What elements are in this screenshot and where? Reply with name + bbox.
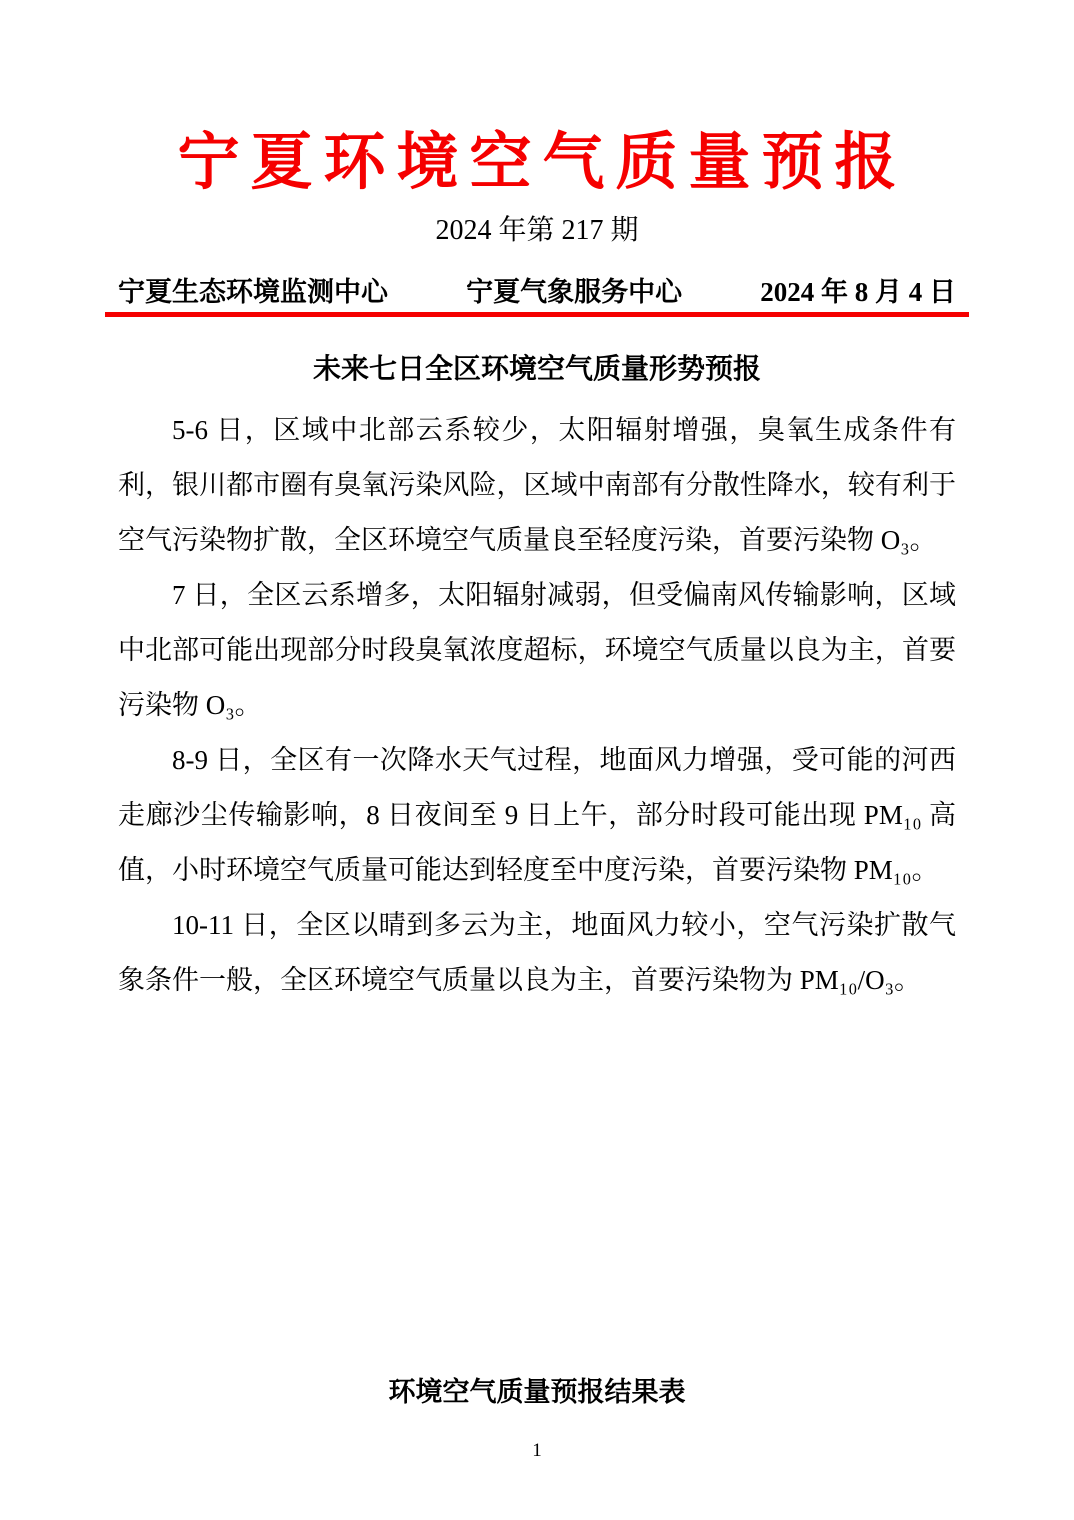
document-page: 宁夏环境空气质量预报 2024 年第 217 期 宁夏生态环境监测中心 宁夏气象…: [0, 0, 1074, 1520]
red-divider-rule: [105, 312, 969, 317]
masthead-row: 宁夏生态环境监测中心 宁夏气象服务中心 2024 年 8 月 4 日: [118, 276, 956, 308]
issue-number: 2024 年第 217 期: [118, 214, 956, 248]
page-number: 1: [0, 1440, 1074, 1462]
forecast-paragraph-days-10-11: 10-11 日，全区以晴到多云为主，地面风力较小，空气污染扩散气象条件一般，全区…: [118, 898, 956, 1008]
masthead-date: 2024 年 8 月 4 日: [760, 276, 956, 308]
document-title: 宁夏环境空气质量预报: [118, 126, 956, 200]
forecast-body: 5-6 日，区域中北部云系较少，太阳辐射增强，臭氧生成条件有利，银川都市圈有臭氧…: [118, 403, 956, 1008]
masthead-left-org: 宁夏生态环境监测中心: [118, 276, 388, 308]
document-content: 宁夏环境空气质量预报 2024 年第 217 期 宁夏生态环境监测中心 宁夏气象…: [0, 126, 1074, 1408]
forecast-section-title: 未来七日全区环境空气质量形势预报: [118, 353, 956, 387]
forecast-paragraph-day-7: 7 日，全区云系增多，太阳辐射减弱，但受偏南风传输影响，区域中北部可能出现部分时…: [118, 568, 956, 733]
forecast-paragraph-days-5-6: 5-6 日，区域中北部云系较少，太阳辐射增强，臭氧生成条件有利，银川都市圈有臭氧…: [118, 403, 956, 568]
masthead-center-org: 宁夏气象服务中心: [466, 276, 682, 308]
forecast-paragraph-days-8-9: 8-9 日，全区有一次降水天气过程，地面风力增强，受可能的河西走廊沙尘传输影响，…: [118, 733, 956, 898]
result-table-section-title: 环境空气质量预报结果表: [118, 1376, 956, 1408]
